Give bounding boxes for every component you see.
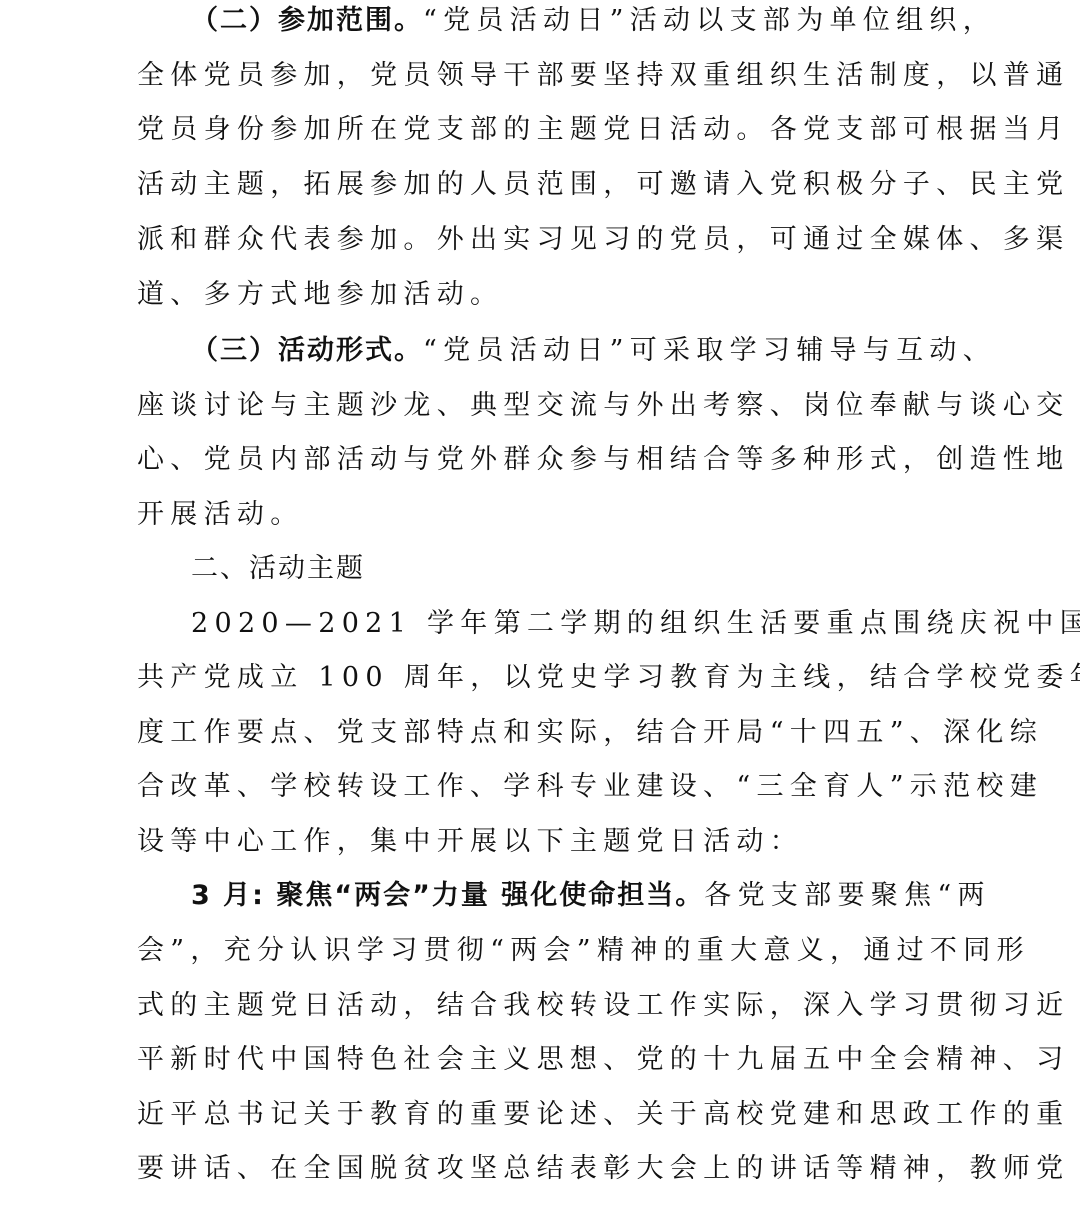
paragraph-march-line-4: 平新时代中国特色社会主义思想、党的十九届五中全会精神、习 — [137, 1033, 947, 1087]
form-text: “党员活动日”可采取学习辅导与互动、 — [423, 335, 996, 366]
march-heading: 3 月: 聚焦“两会”力量 强化使命担当。 — [191, 880, 704, 911]
paragraph-march-line-6: 要讲话、在全国脱贫攻坚总结表彰大会上的讲话等精神，教师党 — [137, 1142, 947, 1196]
march-text: 各党支部要聚焦“两 — [704, 880, 991, 911]
paragraph-scope-line-4: 活动主题，拓展参加的人员范围，可邀请入党积极分子、民主党 — [137, 158, 947, 212]
paragraph-march-line-2: 会”，充分认识学习贯彻“两会”精神的重大意义，通过不同形 — [137, 924, 947, 978]
paragraph-theme-line-4: 合改革、学校转设工作、学科专业建设、“三全育人”示范校建 — [137, 760, 947, 814]
paragraph-theme-line-5: 设等中心工作，集中开展以下主题党日活动： — [137, 815, 947, 869]
paragraph-form-line-1: （三）活动形式。“党员活动日”可采取学习辅导与互动、 — [191, 324, 947, 378]
paragraph-scope-line-5: 派和群众代表参加。外出实习见习的党员，可通过全媒体、多渠 — [137, 213, 947, 267]
scope-heading: （二）参加范围。 — [191, 5, 423, 36]
paragraph-theme-line-3: 度工作要点、党支部特点和实际，结合开局“十四五”、深化综 — [137, 706, 947, 760]
paragraph-form-line-2: 座谈讨论与主题沙龙、典型交流与外出考察、岗位奉献与谈心交 — [137, 379, 947, 433]
paragraph-form-line-3: 心、党员内部活动与党外群众参与相结合等多种形式，创造性地 — [137, 433, 947, 487]
paragraph-theme-line-2: 共产党成立 100 周年，以党史学习教育为主线，结合学校党委年 — [137, 651, 947, 705]
scope-text: “党员活动日”活动以支部为单位组织， — [423, 5, 996, 36]
paragraph-march-line-5: 近平总书记关于教育的重要论述、关于高校党建和思政工作的重 — [137, 1088, 947, 1142]
paragraph-march-line-1: 3 月: 聚焦“两会”力量 强化使命担当。各党支部要聚焦“两 — [191, 869, 947, 923]
paragraph-scope-line-6: 道、多方式地参加活动。 — [137, 268, 947, 322]
paragraph-scope-line-2: 全体党员参加，党员领导干部要坚持双重组织生活制度，以普通 — [137, 49, 947, 103]
paragraph-form-line-4: 开展活动。 — [137, 488, 947, 542]
paragraph-scope-line-1: （二）参加范围。“党员活动日”活动以支部为单位组织， — [191, 0, 947, 48]
paragraph-scope-line-3: 党员身份参加所在党支部的主题党日活动。各党支部可根据当月 — [137, 103, 947, 157]
paragraph-theme-line-1: 2020—2021 学年第二学期的组织生活要重点围绕庆祝中国 — [191, 597, 947, 651]
form-heading: （三）活动形式。 — [191, 335, 423, 366]
section-heading-activity-theme: 二、活动主题 — [191, 542, 947, 596]
paragraph-march-line-3: 式的主题党日活动，结合我校转设工作实际，深入学习贯彻习近 — [137, 979, 947, 1033]
